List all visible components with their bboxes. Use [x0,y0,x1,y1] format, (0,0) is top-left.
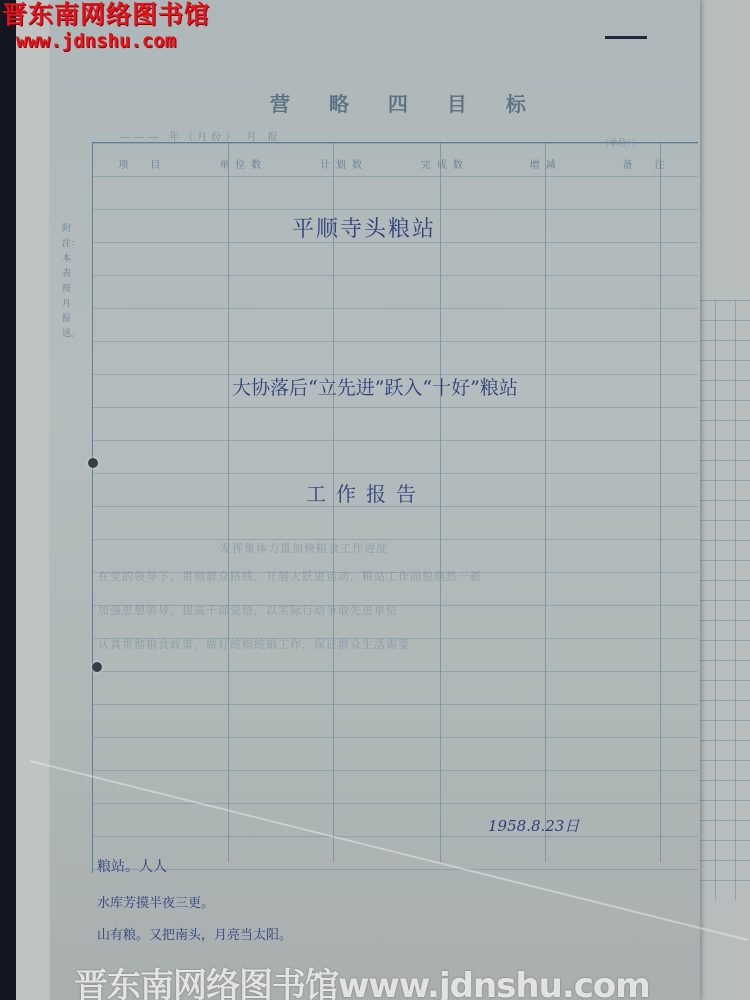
form-column-headers: 项 目 单位数 计划数 完成数 增减 备 注 [92,156,697,171]
column-header: 备 注 [596,156,697,171]
grid-column-divider [440,142,441,862]
underlying-paper-grid [695,300,750,900]
handwritten-note-line: 水库芳摸半夜三更。 [97,892,214,911]
handwritten-date: 1958.8.23日 [488,815,579,836]
watermark-site-name: 晋东南网络图书馆 [2,0,210,30]
handwritten-headline: 大协落后“立先进”跃入“十好”粮站 [232,373,518,400]
handwritten-station-name: 平顺寺头粮站 [292,212,436,243]
column-header: 增减 [495,156,596,171]
grid-column-divider [660,142,661,862]
watermark-bottom: 晋东南网络图书馆www.jdnshu.com [74,958,650,1000]
handwritten-document-type: 工作报告 [306,478,426,507]
column-header: 项 目 [92,156,193,171]
form-printed-title: 营 略 四 目 标 [270,88,542,117]
binding-hole [88,458,98,468]
handwritten-note-line: 山有粮。又把南头，月亮当太阳。 [97,924,292,943]
grid-column-divider [228,142,229,862]
watermark-top: 晋东南网络图书馆 www.jdnshu.com [2,0,210,52]
form-printed-subtitle: ——— 年（月份） 月 报 [120,128,282,143]
faded-bleedthrough-line: 发挥集体力量加快粮食工作进度 [220,540,388,556]
watermark-site-url: www.jdnshu.com [2,30,210,52]
column-header: 单位数 [193,156,294,171]
faded-bleedthrough-line: 在党的领导下，贯彻群众路线，开展大跃进运动，粮站工作面貌焕然一新 [98,568,482,584]
grid-column-divider [545,142,546,862]
column-header: 完成数 [394,156,495,171]
column-header: 计划数 [294,156,395,171]
ink-dash-mark [605,36,647,39]
faded-bleedthrough-line: 认真贯彻粮食政策，做好统购统销工作，保证群众生活需要 [98,636,410,652]
faded-bleedthrough-line: 加强思想领导，提高干部觉悟，以实际行动争取先进单位 [98,602,398,618]
binding-hole [92,662,102,672]
form-ruled-grid [92,142,698,873]
handwritten-note-line: 粮站。人人 [97,856,167,876]
form-side-note: 附注：本表按月报送。 [62,222,76,342]
